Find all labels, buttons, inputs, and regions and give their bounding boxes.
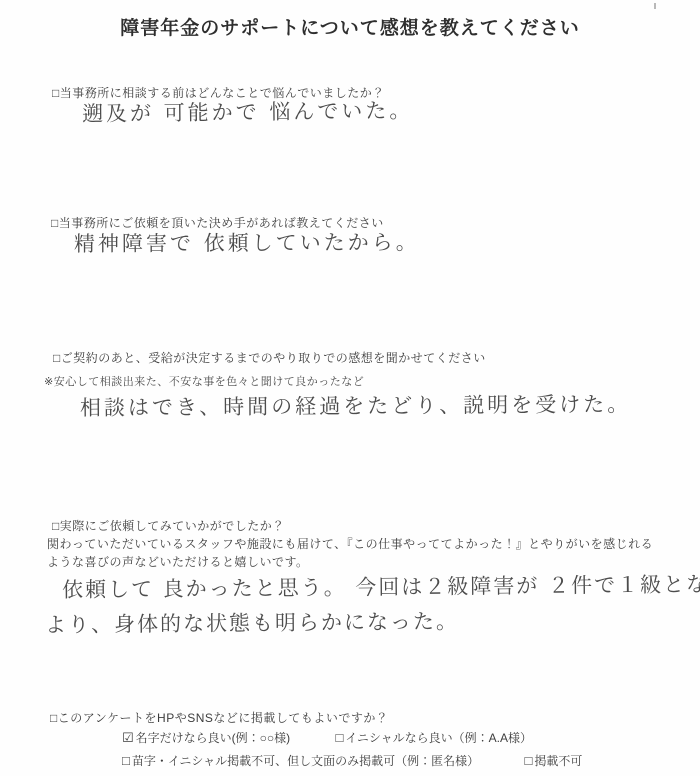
- question-3-label: □ご契約のあと、受給が決定するまでのやり取りでの感想を聞かせてください: [53, 349, 486, 366]
- option-text-only: □苗字・イニシャル掲載不可、但し文面のみ掲載可（例：匿名様）: [122, 752, 479, 769]
- checkbox-icon: □: [525, 753, 533, 768]
- option-initials-ok: □イニシャルなら良い（例：A.A様）: [336, 729, 532, 746]
- option-initials-ok-label: イニシャルなら良い（例：A.A様）: [345, 731, 532, 745]
- checkbox-checked-icon: ☑: [122, 730, 134, 746]
- question-4-label: □実際にご依頼してみていかがでしたか？: [52, 517, 285, 534]
- question-4-description: 関わっていただいているスタッフや施設にも届けて、『この仕事やっててよかった！』と…: [47, 535, 665, 571]
- checkbox-icon: □: [336, 730, 344, 745]
- question-5-label: □このアンケートをHPやSNSなどに掲載してもよいですか？: [50, 709, 388, 726]
- survey-title: 障害年金のサポートについて感想を教えてください: [0, 13, 700, 40]
- option-no-publish: □掲載不可: [525, 752, 583, 769]
- answer-1-handwritten: 遡及が 可能かで 悩んでいた。: [82, 95, 414, 128]
- option-text-only-label: 苗字・イニシャル掲載不可、但し文面のみ掲載可（例：匿名様）: [132, 754, 479, 768]
- scan-speck: [654, 3, 656, 9]
- answer-4-handwritten-line2: より、身体的な状態も明らかになった。: [45, 605, 459, 639]
- answer-3-handwritten: 相談はでき、時間の経過をたどり、説明を受けた。: [80, 388, 631, 422]
- publish-options: ☑名字だけなら良い(例：○○様) □イニシャルなら良い（例：A.A様） □苗字・…: [122, 729, 582, 775]
- question-3-note: ※安心して相談出来た、不安な事を色々と聞けて良かったなど: [44, 373, 364, 389]
- publish-options-row-2: □苗字・イニシャル掲載不可、但し文面のみ掲載可（例：匿名様） □掲載不可: [122, 752, 582, 769]
- answer-4-handwritten-line1: 依頼して 良かったと思う。 今回は２級障害が ２件で１級となり、: [62, 568, 700, 604]
- answer-2-handwritten: 精神障害で 依頼していたから。: [74, 226, 420, 258]
- option-lastname-only-label: 名字だけなら良い(例：○○様): [136, 731, 291, 745]
- publish-options-row-1: ☑名字だけなら良い(例：○○様) □イニシャルなら良い（例：A.A様）: [122, 729, 582, 746]
- survey-scan-page: 障害年金のサポートについて感想を教えてください □当事務所に相談する前はどんなこ…: [0, 0, 700, 776]
- checkbox-icon: □: [122, 753, 130, 768]
- option-no-publish-label: 掲載不可: [534, 754, 582, 768]
- option-lastname-only: ☑名字だけなら良い(例：○○様): [122, 729, 290, 746]
